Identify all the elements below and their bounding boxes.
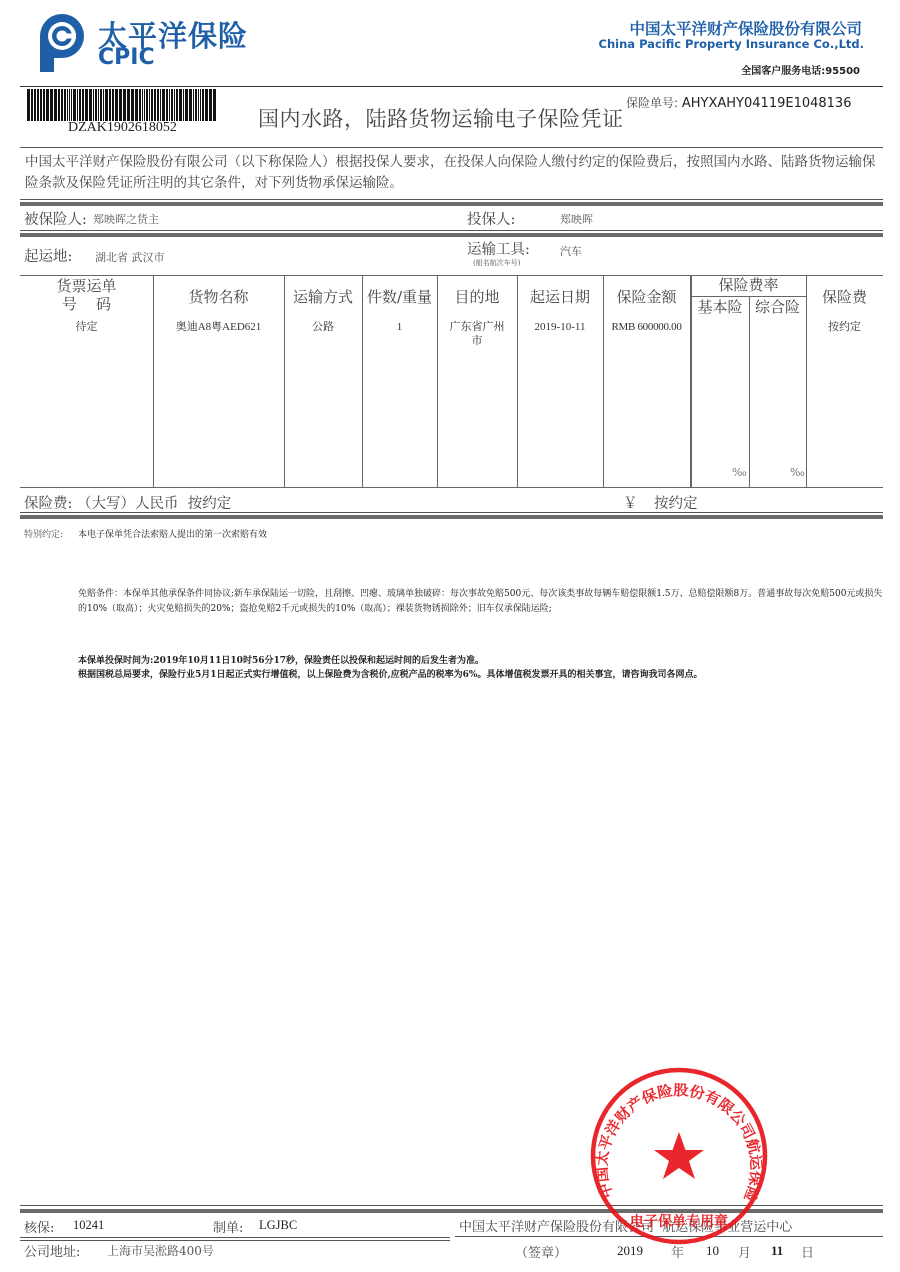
insured-label: 被保险人: [24,208,87,229]
cell-goods: 奥迪A8粤AED621 [153,320,284,334]
maker-label: 制单: [213,1217,243,1236]
divider-thick [20,515,883,519]
permil-comprehensive: ‰ [790,466,805,479]
divider [20,147,883,148]
header-divider [20,86,883,87]
sign-day: 11 [771,1243,783,1259]
premium-value: 按约定 [654,492,698,513]
header-premium: 保险费 [806,288,883,306]
vehicle-value: 汽车 [560,243,582,259]
table-bottom-border [20,487,883,488]
header-date: 起运日期 [517,288,603,306]
divider [20,1240,450,1241]
company-name-en: China Pacific Property Insurance Co.,Ltd… [599,37,864,51]
sign-day-unit: 日 [801,1242,814,1261]
divider [20,230,883,231]
header-quantity: 件数/重量 [362,288,437,306]
divider [20,512,883,513]
cell-waybill: 待定 [20,320,153,334]
divider [20,199,883,200]
company-name-cn: 中国太平洋财产保险股份有限公司 [629,17,862,39]
maker-value: LGJBC [259,1218,297,1233]
note-coverage-time: 本保单投保时间为:2019年10月11日10时56分17秒，保险责任以投保和起运… [78,654,888,669]
permil-basic: ‰ [732,466,747,479]
star-icon [654,1132,704,1179]
header-basic: 基本险 [691,298,749,316]
vehicle-sublabel: (船名航次车号) [473,258,520,268]
cell-premium: 按约定 [806,320,883,334]
underwriter-label: 核保: [24,1217,54,1236]
signature-label: （签章） [515,1242,567,1261]
underwriter-value: 10241 [73,1218,104,1233]
special-terms-text: 本电子保单凭合法索赔人提出的第一次索赔有效 [78,528,267,543]
divider [20,1237,450,1238]
cpic-logo-icon [34,14,92,72]
header-transport: 运输方式 [284,288,362,306]
origin-label: 起运地: [24,245,72,266]
service-hotline: 全国客户服务电话:95500 [741,62,860,77]
vehicle-label: 运输工具: [467,238,530,259]
header-goods: 货物名称 [153,288,284,306]
document-title: 国内水路，陆路货物运输电子保险凭证 [258,103,624,133]
company-seal-stamp: 中国太平洋财产保险股份有限公司航运保险事业营运中心 电子保单专用章 [589,1066,769,1246]
address-value: 上海市吴淞路400号 [107,1242,214,1259]
cell-transport: 公路 [284,320,362,334]
cell-amount: RMB 600000.00 [603,320,690,334]
header-destination: 目的地 [437,288,517,306]
origin-value: 湖北省 武汉市 [95,249,165,265]
applicant-value: 郑映晖 [560,211,593,227]
insured-value: 郑映晖之货主 [93,211,159,227]
policy-number-label: 保险单号: [626,96,678,110]
deductible-conditions: 免赔条件：本保单其他承保条件同协议;新车承保陆运一切险，且刮擦、凹瘪、玻璃单独破… [78,587,888,617]
barcode-number: DZAK1902618052 [68,120,177,136]
barcode [27,89,223,121]
header-amount: 保险金额 [603,288,690,306]
header-rate: 保险费率 [691,276,806,294]
address-label: 公司地址: [24,1241,80,1260]
special-terms-label: 特别约定: [24,528,63,543]
svg-text:电子保单专用章: 电子保单专用章 [630,1213,728,1230]
premium-in-words: 保险费: （大写）人民币 按约定 [24,492,231,513]
applicant-label: 投保人: [467,208,515,229]
policy-number-value: AHYXAHY04119E1048136 [682,96,852,111]
header-waybill: 货票运单 号 码 [20,277,153,313]
cargo-table: 货票运单 号 码 货物名称 运输方式 件数/重量 目的地 起运日期 保险金额 保… [20,275,883,488]
header-comprehensive: 综合险 [749,298,806,316]
intro-paragraph: 中国太平洋财产保险股份有限公司（以下称保险人）根据投保人要求，在投保人向保险人缴… [25,151,885,193]
note-vat: 根据国税总局要求，保险行业5月1日起正式实行增值税，以上保险费为含税价,应税产品… [78,668,888,683]
cell-destination: 广东省广州市 [447,320,507,348]
svg-text:中国太平洋财产保险股份有限公司航运保险事业营运中心: 中国太平洋财产保险股份有限公司航运保险事业营运中心 [589,1066,765,1205]
brand-name-en: CPIC [98,45,155,70]
premium-yen-symbol: ￥ [623,492,638,513]
divider-thick [20,233,883,237]
policy-number: 保险单号: AHYXAHY04119E1048136 [626,94,851,111]
divider-thick [20,202,883,206]
cell-quantity: 1 [362,320,437,334]
cell-date: 2019-10-11 [517,320,603,334]
